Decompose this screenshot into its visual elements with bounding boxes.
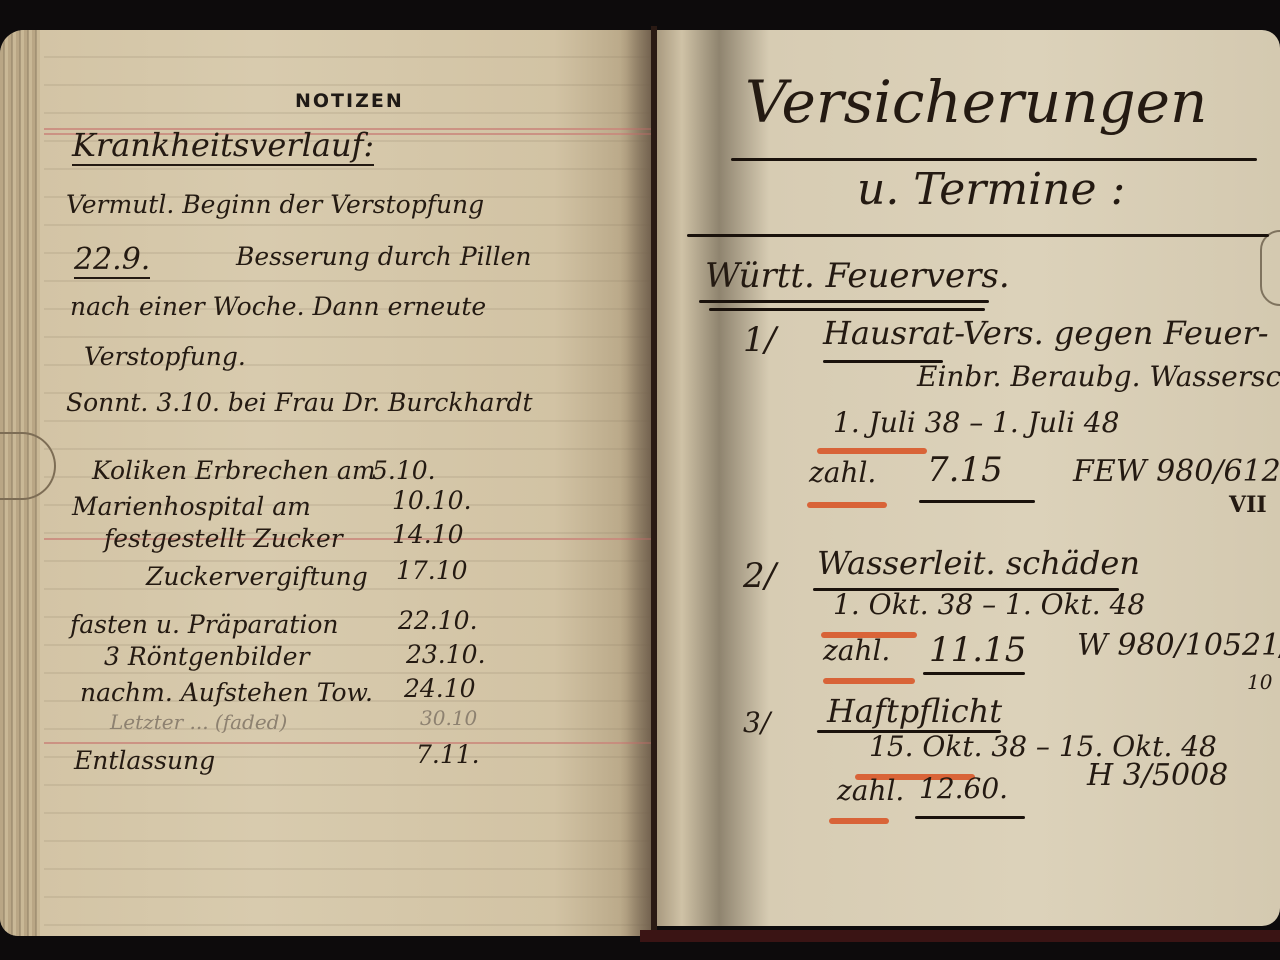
note-line: 3 Röntgenbilder [104, 642, 310, 671]
right-title: Versicherungen [745, 68, 1207, 136]
note-line: Koliken Erbrechen am [92, 456, 376, 485]
entry-number: 1/ [743, 320, 776, 360]
payment-amount: 7.15 [927, 450, 1003, 490]
note-line: Marienhospital am [72, 492, 311, 521]
left-page: NOTIZEN Krankheitsverlauf: Vermutl. Begi… [0, 30, 652, 936]
note-line-faded: Letzter ... (faded) [110, 710, 287, 734]
section-heading: Württ. Feuervers. [705, 256, 1010, 296]
note-line: Sonnt. 3.10. bei Frau Dr. Burckhardt [66, 388, 533, 417]
note-line: Besserung durch Pillen [236, 242, 532, 271]
orange-highlight [817, 448, 927, 454]
note-date: 22.10. [398, 606, 478, 635]
title-underline [731, 158, 1257, 161]
note-date: 10.10. [392, 486, 472, 515]
entry-name-continued: Einbr. Beraubg. Wasserschä. [917, 360, 1280, 393]
entry-name: Hausrat-Vers. gegen Feuer- [823, 314, 1269, 352]
payment-label: zahl. [837, 774, 904, 807]
policy-number: H 3/5008 [1087, 758, 1228, 793]
orange-highlight [829, 818, 889, 824]
policy-suffix: 10 [1247, 670, 1272, 694]
index-tab-cutout [1260, 230, 1280, 306]
left-title: Krankheitsverlauf: [72, 126, 374, 166]
payment-label: zahl. [809, 456, 876, 489]
orange-highlight [823, 678, 915, 684]
note-date: 23.10. [406, 640, 486, 669]
book-cover-edge [640, 930, 1280, 942]
amount-underline [919, 500, 1035, 503]
section-underline [709, 308, 985, 311]
right-page: Versicherungen u. Termine : Württ. Feuer… [657, 30, 1280, 926]
note-line: nach einer Woche. Dann erneute [70, 292, 486, 321]
amount-underline [923, 672, 1025, 675]
note-line: Entlassung [74, 746, 215, 775]
amount-underline [915, 816, 1025, 819]
policy-number: W 980/10521/ [1077, 628, 1280, 663]
payment-label: zahl. [823, 634, 890, 667]
policy-suffix: VII [1229, 492, 1267, 518]
note-date: 7.11. [416, 740, 480, 769]
printed-heading: NOTIZEN [295, 90, 404, 112]
payment-amount: 11.15 [929, 630, 1026, 670]
note-date: 24.10 [404, 674, 476, 703]
policy-number: FEW 980/61289 [1073, 454, 1280, 489]
note-line: Vermutl. Beginn der Verstopfung [66, 190, 484, 219]
note-line: fasten u. Präparation [70, 610, 339, 639]
note-line: Zuckervergiftung [146, 562, 368, 591]
note-line: festgestellt Zucker [104, 524, 343, 553]
note-date-faded: 30.10 [420, 706, 477, 730]
red-rule [44, 742, 652, 744]
entry-period: 1. Okt. 38 – 1. Okt. 48 [833, 588, 1145, 621]
note-line: Verstopfung. [84, 342, 246, 371]
payment-amount: 12.60. [919, 772, 1008, 805]
entry-number: 3/ [743, 706, 770, 739]
note-date: 14.10 [392, 520, 464, 549]
note-date: 17.10 [396, 556, 468, 585]
subtitle-underline [687, 234, 1269, 237]
note-date: 5.10. [372, 456, 436, 485]
orange-highlight [807, 502, 887, 508]
entry-name: Wasserleit. schäden [817, 544, 1140, 582]
right-subtitle: u. Termine : [857, 164, 1125, 215]
entry-name: Haftpflicht [827, 692, 1002, 730]
section-underline [699, 300, 989, 303]
note-line: nachm. Aufstehen Tow. [80, 678, 373, 707]
note-date: 22.9. [74, 242, 150, 279]
notebook: NOTIZEN Krankheitsverlauf: Vermutl. Begi… [0, 26, 1280, 936]
entry-number: 2/ [743, 556, 776, 596]
entry-period: 1. Juli 38 – 1. Juli 48 [833, 406, 1119, 439]
gutter-shadow [620, 30, 652, 936]
